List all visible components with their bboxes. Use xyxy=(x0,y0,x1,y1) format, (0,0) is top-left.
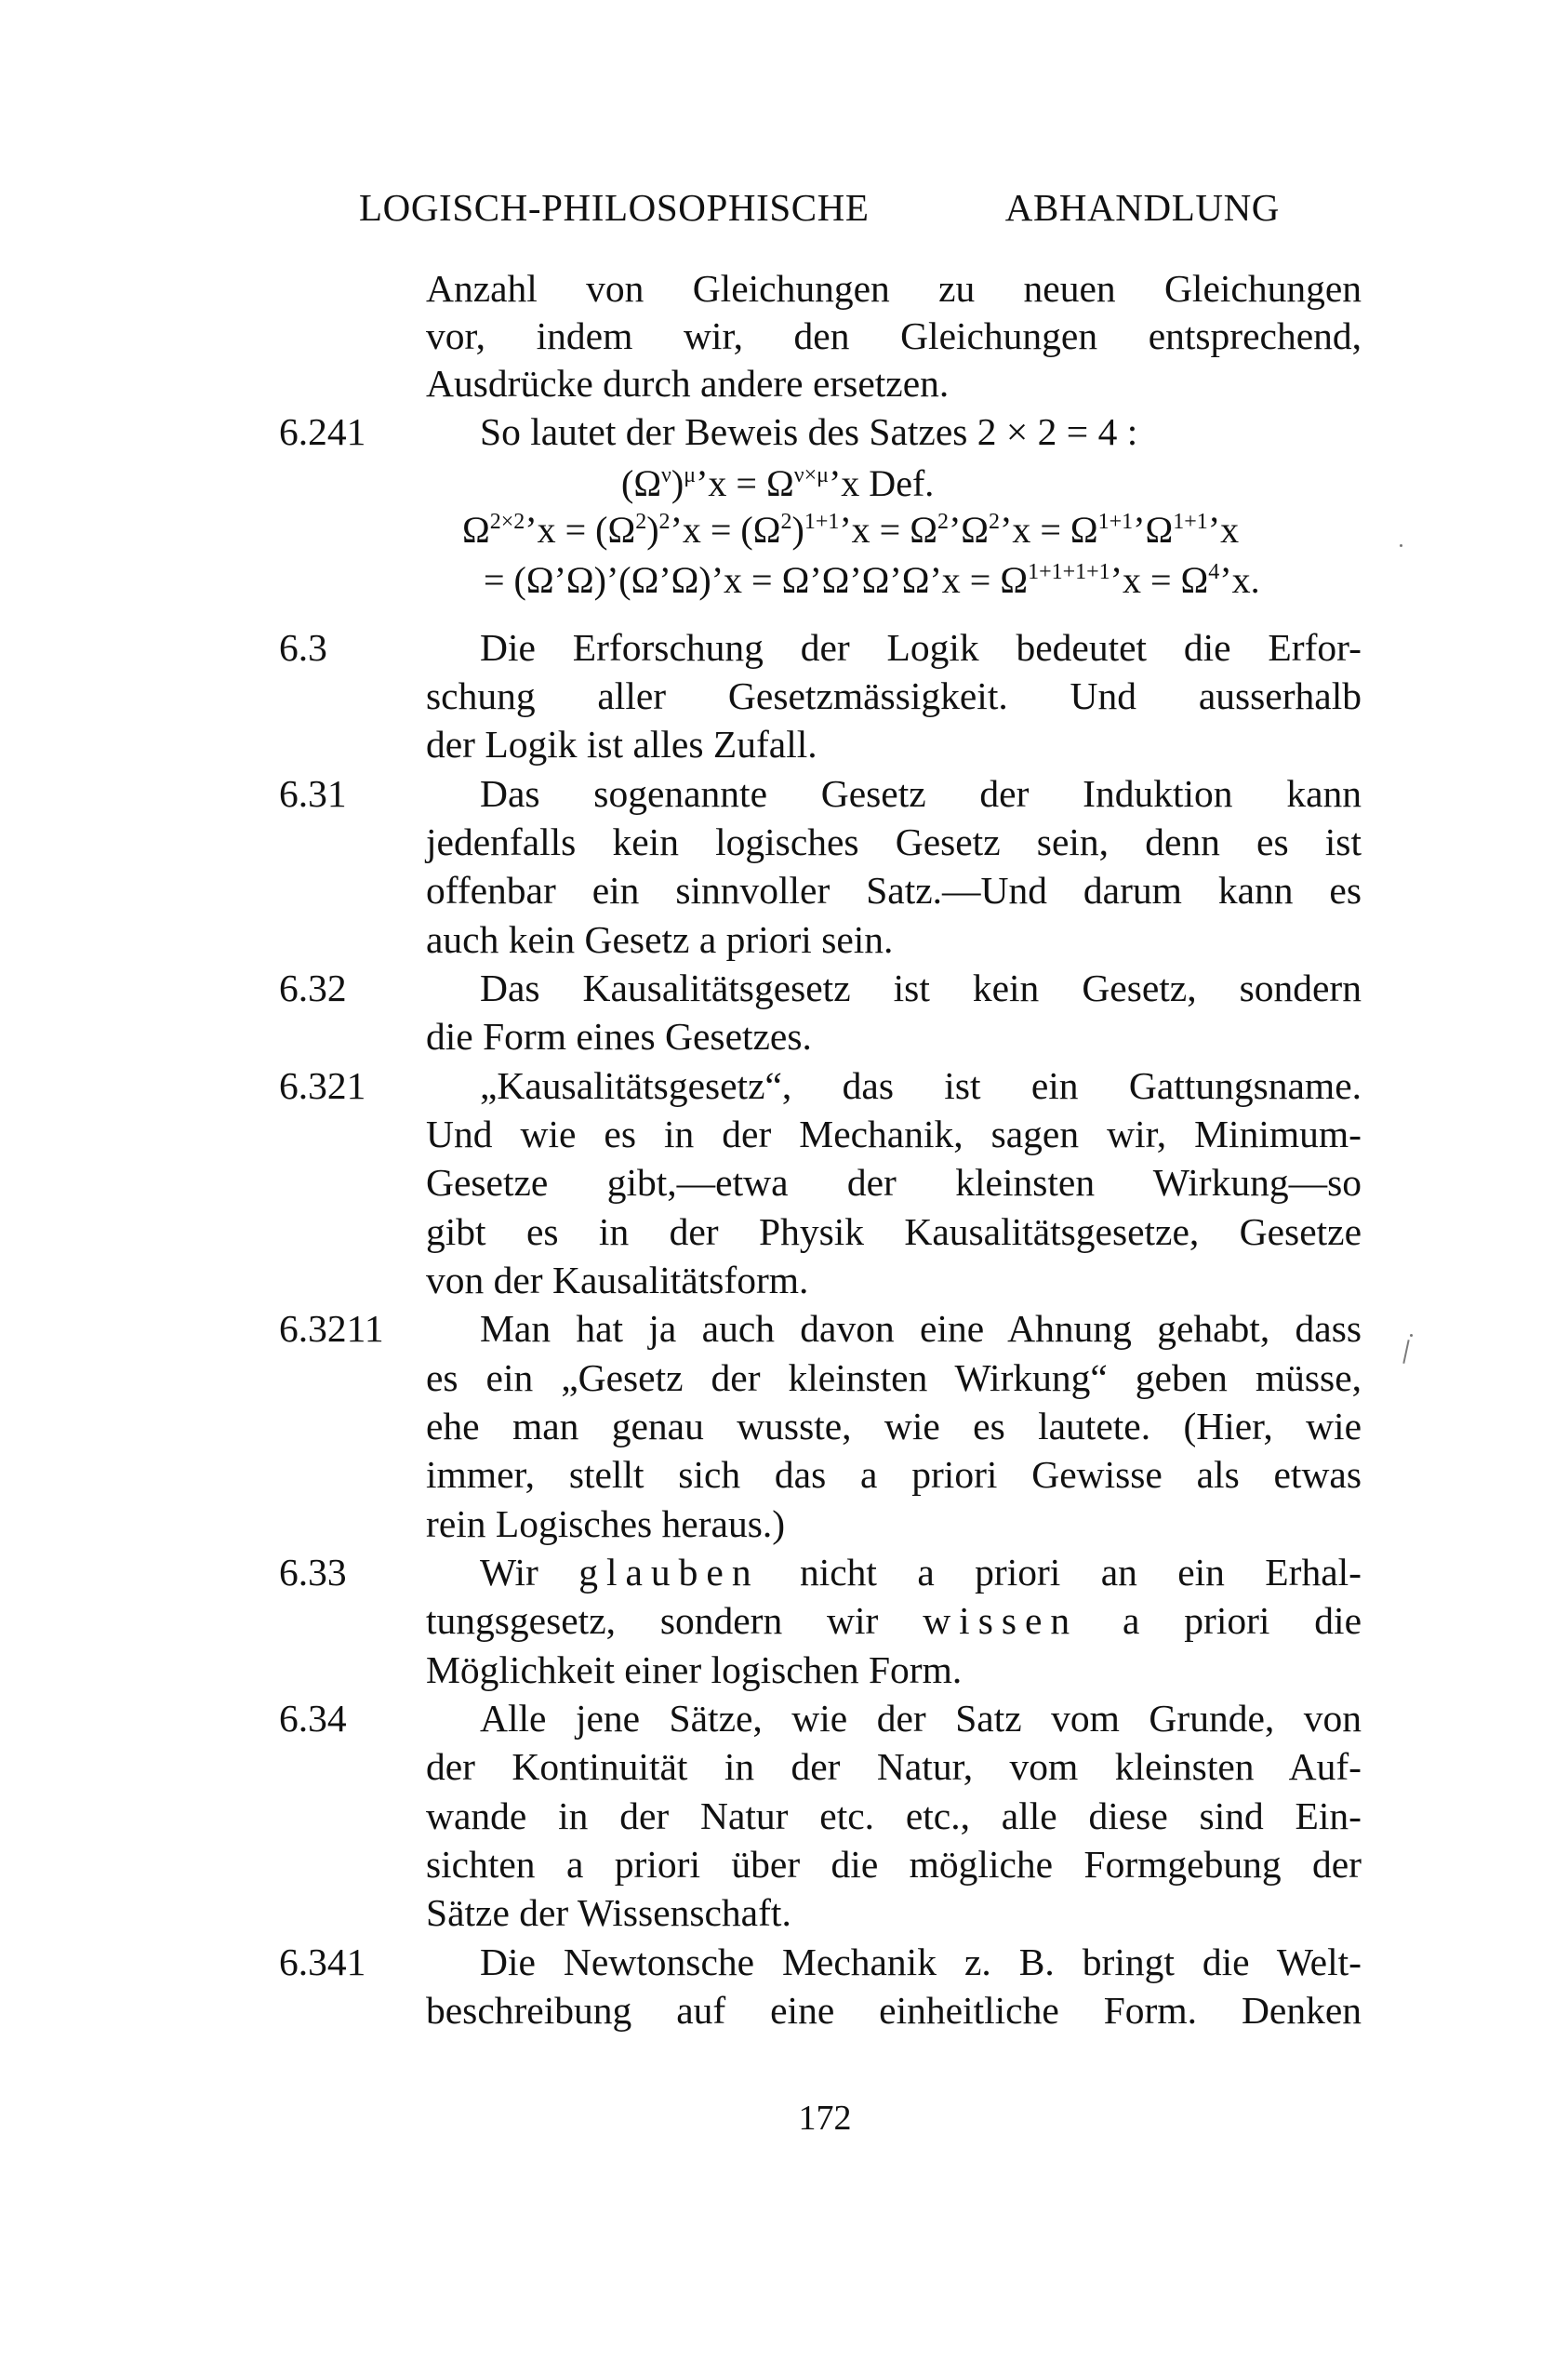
formula-proof-line-2: = (Ω’Ω)’(Ω’Ω)’x = Ω’Ω’Ω’Ω’x = Ω1+1+1+1’x… xyxy=(484,556,1260,605)
text-line: Man hat ja auch davon eine Ahnung gehabt… xyxy=(480,1304,1362,1353)
book-page: LOGISCH-PHILOSOPHISCHE ABHANDLUNG Anzahl… xyxy=(0,0,1568,2374)
proposition-number: 6.32 xyxy=(279,964,409,1012)
text-line: vor, indem wir, den Gleichungen entsprec… xyxy=(426,312,1362,360)
text-line: der Logik ist alles Zufall. xyxy=(426,720,1362,768)
text-line: Die Erforschung der Logik bedeutet die E… xyxy=(480,623,1362,672)
text-line: wande in der Natur etc. etc., alle diese… xyxy=(426,1792,1362,1840)
text-line: „Kausalitätsgesetz“, das ist ein Gattung… xyxy=(480,1061,1362,1110)
text-line: die Form eines Gesetzes. xyxy=(426,1012,1362,1060)
text-line: Alle jene Sätze, wie der Satz vom Grunde… xyxy=(480,1694,1362,1742)
text-line: sichten a priori über die mögliche Formg… xyxy=(426,1840,1362,1888)
text-line: von der Kausalitätsform. xyxy=(426,1256,1362,1304)
page-number: 172 xyxy=(732,2095,918,2141)
text-line: offenbar ein sinnvoller Satz.—Und darum … xyxy=(426,866,1362,914)
proposition-number: 6.241 xyxy=(279,407,409,456)
text-line: schung aller Gesetzmässigkeit. Und ausse… xyxy=(426,672,1362,720)
text-line: So lautet der Beweis des Satzes 2 × 2 = … xyxy=(480,407,1362,456)
emphasis-wissen: wissen xyxy=(923,1599,1078,1642)
running-head: LOGISCH-PHILOSOPHISCHE ABHANDLUNG xyxy=(359,184,1280,231)
text-line: der Kontinuität in der Natur, vom kleins… xyxy=(426,1742,1362,1791)
scan-artifact xyxy=(1402,1340,1409,1364)
text-line: tungsgesetz, sondern wir wissen a priori… xyxy=(426,1596,1362,1645)
text-line: Sätze der Wissenschaft. xyxy=(426,1888,1362,1937)
text-line: jedenfalls kein logisches Gesetz sein, d… xyxy=(426,818,1362,866)
text-line: Die Newtonsche Mechanik z. B. bringt die… xyxy=(480,1938,1362,1986)
proposition-number: 6.34 xyxy=(279,1694,409,1742)
text-line: Anzahl von Gleichungen zu neuen Gleichun… xyxy=(426,264,1362,313)
formula-proof-line-1: Ω2×2’x = (Ω2)2’x = (Ω2)1+1’x = Ω2’Ω2’x =… xyxy=(462,506,1239,554)
proposition-number: 6.341 xyxy=(279,1938,409,1986)
proposition-number: 6.33 xyxy=(279,1548,409,1596)
text-line: beschreibung auf eine einheitliche Form.… xyxy=(426,1986,1362,2034)
text-line: immer, stellt sich das a priori Gewisse … xyxy=(426,1450,1362,1499)
text-line: Das sogenannte Gesetz der Induktion kann xyxy=(480,769,1362,818)
text-line: Und wie es in der Mechanik, sagen wir, M… xyxy=(426,1110,1362,1158)
proposition-number: 6.31 xyxy=(279,769,409,818)
formula-definition: (Ων)μ’x = Ων×μ’x Def. xyxy=(621,460,934,508)
text-line: Gesetze gibt,—etwa der kleinsten Wirkung… xyxy=(426,1158,1362,1207)
scan-artifact xyxy=(1410,1334,1413,1337)
text-line: ehe man genau wusste, wie es lautete. (H… xyxy=(426,1402,1362,1450)
emphasis-glauben: glauben xyxy=(578,1551,759,1594)
proposition-number: 6.321 xyxy=(279,1061,409,1110)
text-line: Ausdrücke durch andere ersetzen. xyxy=(426,359,1362,407)
text-line: Das Kausalitätsgesetz ist kein Gesetz, s… xyxy=(480,964,1362,1012)
proposition-number: 6.3 xyxy=(279,623,409,672)
text-line: Wir glauben nicht a priori an ein Erhal- xyxy=(480,1548,1362,1596)
scan-artifact xyxy=(1400,544,1402,547)
text-line: gibt es in der Physik Kausalitätsgesetze… xyxy=(426,1207,1362,1256)
text-line: auch kein Gesetz a priori sein. xyxy=(426,915,1362,964)
proposition-number: 6.3211 xyxy=(279,1304,409,1353)
text-line: es ein „Gesetz der kleinsten Wirkung“ ge… xyxy=(426,1354,1362,1402)
text-line: rein Logisches heraus.) xyxy=(426,1500,1362,1548)
text-line: Möglichkeit einer logischen Form. xyxy=(426,1646,1362,1694)
